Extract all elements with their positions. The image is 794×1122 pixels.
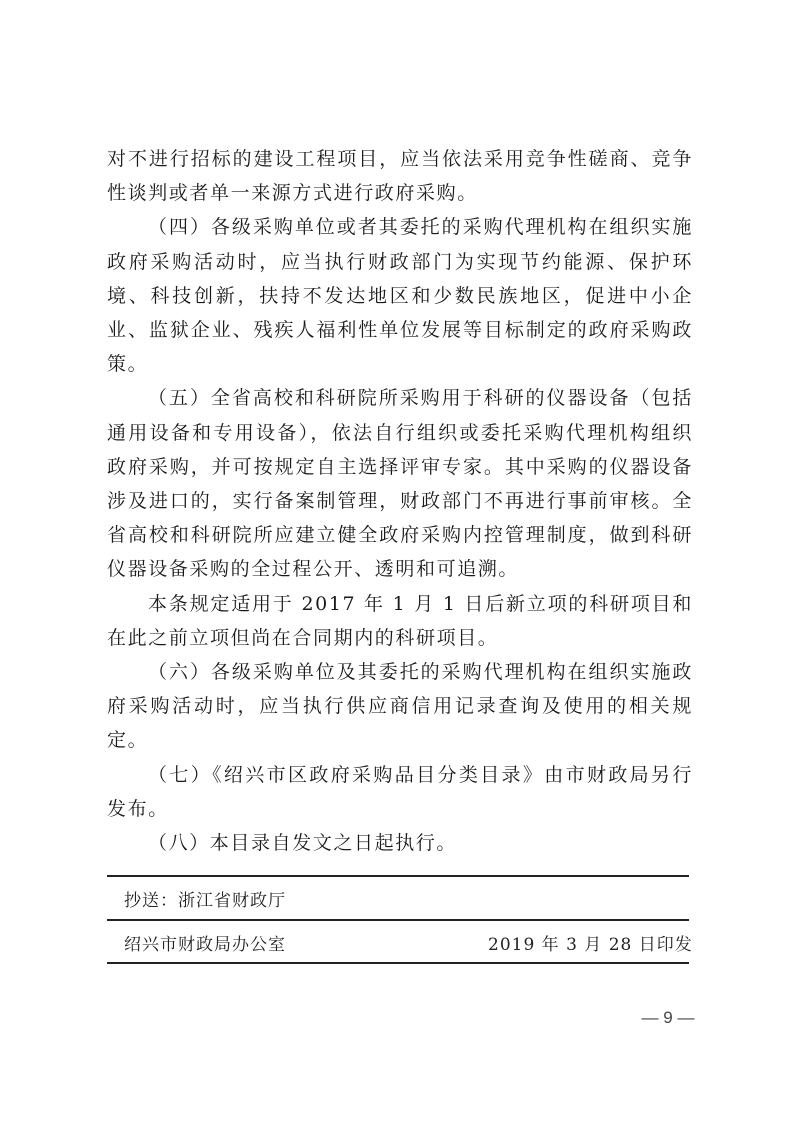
footer-top-rule bbox=[107, 875, 689, 877]
cc-recipient: 抄送：浙江省财政厅 bbox=[124, 886, 286, 911]
paragraph-item-8: （八）本目录自发文之日起执行。 bbox=[107, 826, 693, 860]
page-number: — 9 — bbox=[628, 1008, 708, 1028]
issue-date: 2019 年 3 月 28 日印发 bbox=[488, 930, 693, 955]
paragraph-item-5-scope: 本条规定适用于 2017 年 1 月 1 日后新立项的科研项目和在此之前立项但尚… bbox=[107, 587, 693, 655]
paragraph-item-6: （六）各级采购单位及其委托的采购代理机构在组织实施政府采购活动时，应当执行供应商… bbox=[107, 655, 693, 758]
paragraph-item-5: （五）全省高校和科研院所采购用于科研的仪器设备（包括通用设备和专用设备），依法自… bbox=[107, 381, 693, 586]
footer-bottom-rule bbox=[107, 962, 689, 964]
paragraph-item-7: （七）《绍兴市区政府采购品目分类目录》由市财政局另行发布。 bbox=[107, 758, 693, 826]
document-page: 对不进行招标的建设工程项目，应当依法采用竞争性磋商、竞争性谈判或者单一来源方式进… bbox=[0, 0, 794, 1122]
paragraph-continuation: 对不进行招标的建设工程项目，应当依法采用竞争性磋商、竞争性谈判或者单一来源方式进… bbox=[107, 142, 693, 210]
document-body: 对不进行招标的建设工程项目，应当依法采用竞争性磋商、竞争性谈判或者单一来源方式进… bbox=[107, 142, 693, 860]
footer-middle-rule bbox=[107, 919, 689, 921]
issuing-office: 绍兴市财政局办公室 bbox=[124, 930, 286, 955]
paragraph-item-4: （四）各级采购单位或者其委托的采购代理机构在组织实施政府采购活动时，应当执行财政… bbox=[107, 210, 693, 381]
